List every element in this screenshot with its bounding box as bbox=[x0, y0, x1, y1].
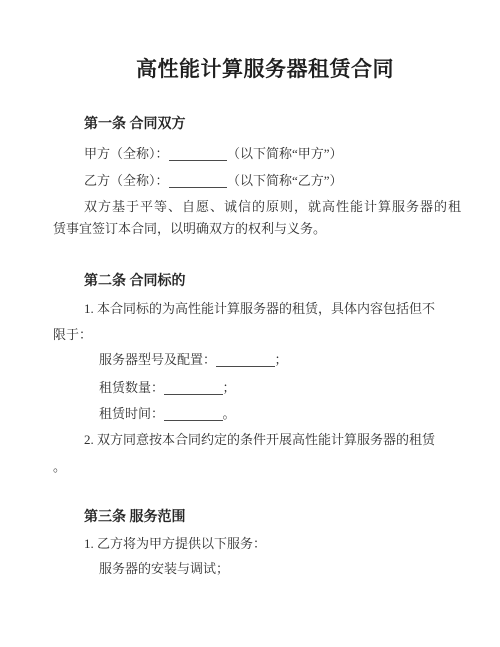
rental-qty-punct: ； bbox=[223, 380, 236, 395]
section2-item1-line2: 限于： bbox=[53, 326, 92, 343]
rental-time-line: 租赁时间：_________。 bbox=[99, 405, 236, 422]
contract-title: 高性能计算服务器租赁合同 bbox=[53, 55, 477, 85]
party-b-alias: （以下简称“乙方”） bbox=[227, 173, 343, 188]
server-spec-punct: ； bbox=[275, 352, 288, 367]
section1-heading: 第一条 合同双方 bbox=[84, 116, 186, 133]
party-b-blank-field: _________ bbox=[169, 174, 228, 188]
party-a-label: 甲方（全称）： bbox=[84, 146, 169, 161]
section1-intro-line2: 赁事宜签订本合同，以明确双方的权利与义务。 bbox=[53, 220, 326, 237]
server-spec-label: 服务器型号及配置： bbox=[99, 352, 216, 367]
server-spec-blank-field: _________ bbox=[216, 353, 275, 367]
rental-qty-label: 租赁数量： bbox=[99, 380, 164, 395]
party-b-line: 乙方（全称）：_________（以下简称“乙方”） bbox=[84, 172, 343, 189]
contract-page: 高性能计算服务器租赁合同 第一条 合同双方 甲方（全称）：_________（以… bbox=[0, 0, 500, 647]
server-spec-line: 服务器型号及配置：_________； bbox=[99, 351, 288, 368]
rental-time-punct: 。 bbox=[223, 406, 236, 421]
section3-item1: 1. 乙方将为甲方提供以下服务： bbox=[84, 535, 266, 552]
section2-heading: 第二条 合同标的 bbox=[84, 273, 186, 290]
party-a-blank-field: _________ bbox=[169, 147, 228, 161]
party-b-label: 乙方（全称）： bbox=[84, 173, 169, 188]
rental-qty-blank-field: _________ bbox=[164, 381, 223, 395]
section2-item2-line2: 。 bbox=[53, 458, 66, 475]
section3-heading: 第三条 服务范围 bbox=[84, 509, 186, 526]
service-install-line: 服务器的安装与调试； bbox=[99, 560, 229, 577]
party-a-line: 甲方（全称）：_________（以下简称“甲方”） bbox=[84, 145, 343, 162]
rental-time-blank-field: _________ bbox=[164, 407, 223, 421]
rental-qty-line: 租赁数量：_________； bbox=[99, 379, 236, 396]
rental-time-label: 租赁时间： bbox=[99, 406, 164, 421]
section2-item2-line1: 2. 双方同意按本合同约定的条件开展高性能计算服务器的租赁 bbox=[84, 431, 435, 448]
section2-item1-line1: 1. 本合同标的为高性能计算服务器的租赁，具体内容包括但不 bbox=[84, 300, 435, 317]
party-a-alias: （以下简称“甲方”） bbox=[227, 146, 343, 161]
section1-intro-line1: 双方基于平等、自愿、诚信的原则，就高性能计算服务器的租 bbox=[84, 198, 462, 215]
